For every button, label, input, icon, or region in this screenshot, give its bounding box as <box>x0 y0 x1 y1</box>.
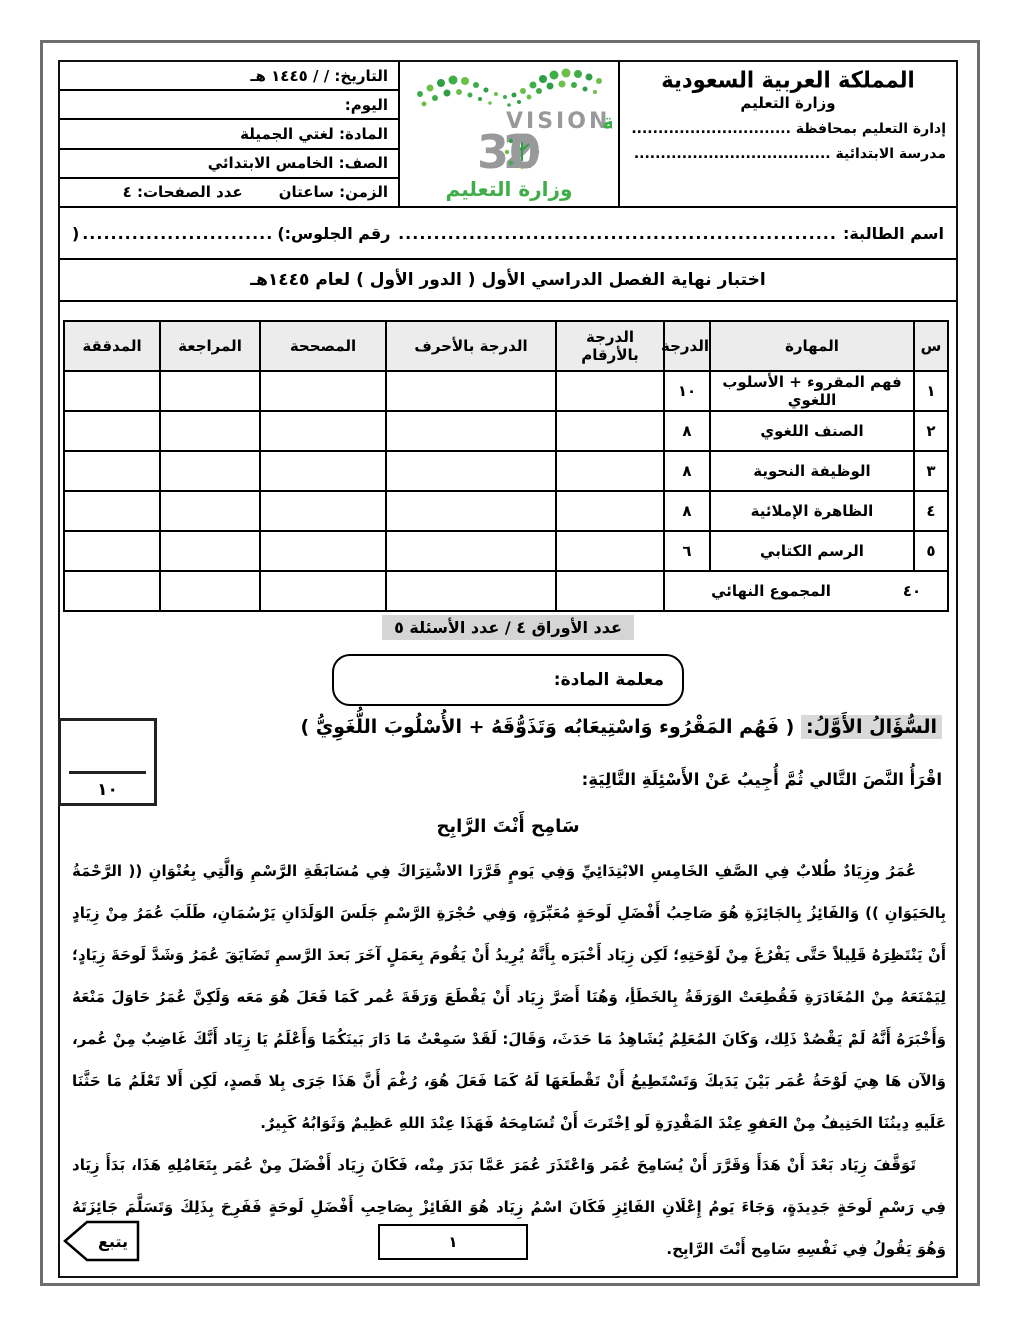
vision-ar-text: رؤيــة <box>602 110 612 135</box>
blank-cell <box>386 411 556 451</box>
total-label: المجموع النهائي <box>665 582 877 600</box>
col-corrector: المصححة <box>260 321 386 371</box>
exam-title: اختبار نهاية الفصل الدراسي الأول ( الدور… <box>60 260 956 302</box>
page-number-box: ١ <box>378 1224 528 1260</box>
row-grade: ٨ <box>664 451 710 491</box>
blank-cell <box>64 451 160 491</box>
row-skill: الظاهرة الإملائية <box>710 491 914 531</box>
vision-2030-logo: VISION رؤيــة 2 30 وزارة التعليم <box>398 62 618 206</box>
blank-cell <box>386 531 556 571</box>
blank-cell <box>160 371 260 411</box>
passage-title: سَامِح أَنْتَ الرَّابِح <box>60 816 956 837</box>
blank-cell <box>64 411 160 451</box>
col-skill: المهارة <box>710 321 914 371</box>
table-row: ٥ الرسم الكتابي ٦ <box>64 531 948 571</box>
teacher-label: معلمة المادة: <box>554 670 664 690</box>
row-grade: ٨ <box>664 491 710 531</box>
continue-marker: يتبع <box>62 1218 142 1264</box>
row-skill: الصنف اللغوي <box>710 411 914 451</box>
blank-cell <box>386 571 556 611</box>
field-date-label: التاريخ: / / ١٤٤٥ هـ <box>250 67 388 85</box>
blank-cell <box>386 451 556 491</box>
blank-cell <box>260 371 386 411</box>
row-skill: فهم المقروء + الأسلوب اللغوي <box>710 371 914 411</box>
question1-max-score: ١٠ <box>61 780 154 800</box>
col-auditor: المدققة <box>64 321 160 371</box>
blank-cell <box>64 491 160 531</box>
blank-cell <box>160 451 260 491</box>
blank-cell <box>260 571 386 611</box>
marks-table: س المهارة الدرجة الدرجة بالأرقام الدرجة … <box>63 320 949 612</box>
field-date: التاريخ: / / ١٤٤٥ هـ <box>60 62 398 91</box>
col-serial: س <box>914 321 948 371</box>
seat-close-paren: ) <box>72 224 79 243</box>
question1-subtitle: ( فَهُم المَقْرُوء وَاسْتِيعَابُه وَتَذَ… <box>301 716 795 738</box>
blank-cell <box>556 371 664 411</box>
row-serial: ١ <box>914 371 948 411</box>
logo-ministry-text: وزارة التعليم <box>446 177 573 201</box>
field-day-label: اليوم: <box>345 96 388 114</box>
header: المملكة العربية السعودية وزارة التعليم إ… <box>60 62 956 208</box>
blank-cell <box>556 571 664 611</box>
student-name-label: اسم الطالبة: <box>843 224 944 243</box>
seat-number-label: رقم الجلوس: <box>285 224 391 243</box>
kingdom-title: المملكة العربية السعودية <box>630 67 946 93</box>
blank-cell <box>556 451 664 491</box>
field-subject-label: المادة: لغتي الجميلة <box>240 125 388 143</box>
blank-cell <box>386 371 556 411</box>
row-grade: ٦ <box>664 531 710 571</box>
row-skill: الرسم الكتابي <box>710 531 914 571</box>
teacher-box: معلمة المادة: <box>332 654 684 706</box>
content-frame: المملكة العربية السعودية وزارة التعليم إ… <box>58 60 958 1278</box>
table-row: ٣ الوظيفة النحوية ٨ <box>64 451 948 491</box>
field-day: اليوم: <box>60 91 398 120</box>
field-subject: المادة: لغتي الجميلة <box>60 120 398 149</box>
admin-line: إدارة التعليم بمحافظة ..................… <box>630 121 946 137</box>
ministry-title: وزارة التعليم <box>630 94 946 112</box>
vision-2030-logo-graphic: VISION رؤيــة 2 30 وزارة التعليم <box>406 64 612 204</box>
exam-page: { "header": { "right": { "kingdom": "الم… <box>0 0 1020 1320</box>
blank-cell <box>160 531 260 571</box>
passage-paragraph-1: عُمَرُ وزِيَادٌ طُلابٌ فِي الصَّفِ الخَا… <box>72 850 946 1144</box>
question1-title: السُّؤَالُ الأَوَّلُ: <box>801 715 942 739</box>
exam-fields: التاريخ: / / ١٤٤٥ هـ اليوم: المادة: لغتي… <box>60 62 398 206</box>
blank-cell <box>64 371 160 411</box>
blank-cell <box>556 411 664 451</box>
total-value: ٤٠ <box>877 582 947 600</box>
field-time-label: الزمن: ساعتان <box>279 183 388 201</box>
row-skill: الوظيفة النحوية <box>710 451 914 491</box>
sheet-counts: عدد الأوراق ٤ / عدد الأسئلة ٥ <box>60 618 956 637</box>
total-merged-cell: ٤٠ المجموع النهائي <box>664 571 948 611</box>
student-name-dots: ........................................… <box>397 224 837 243</box>
ministry-block: المملكة العربية السعودية وزارة التعليم إ… <box>618 62 956 206</box>
table-row: ١ فهم المقروء + الأسلوب اللغوي ١٠ <box>64 371 948 411</box>
student-row: اسم الطالبة: ...........................… <box>60 208 956 260</box>
blank-cell <box>556 491 664 531</box>
field-grade-label: الصف: الخامس الابتدائي <box>208 154 388 172</box>
col-grade-numbers: الدرجة بالأرقام <box>556 321 664 371</box>
field-pages-label: عدد الصفحات: ٤ <box>123 183 243 201</box>
field-grade: الصف: الخامس الابتدائي <box>60 150 398 179</box>
total-row: ٤٠ المجموع النهائي <box>64 571 948 611</box>
question1-instruction: اقْرَأُ النَّصَ التَّالي ثُمَّ أُجِيبُ ع… <box>190 770 942 789</box>
blank-cell <box>260 451 386 491</box>
blank-cell <box>160 411 260 451</box>
blank-cell <box>260 491 386 531</box>
score-divider <box>69 771 146 774</box>
table-row: ٤ الظاهرة الإملائية ٨ <box>64 491 948 531</box>
blank-cell <box>64 571 160 611</box>
blank-cell <box>64 531 160 571</box>
row-grade: ١٠ <box>664 371 710 411</box>
table-row: ٢ الصنف اللغوي ٨ <box>64 411 948 451</box>
blank-cell <box>260 531 386 571</box>
blank-cell <box>556 531 664 571</box>
continue-label: يتبع <box>88 1218 138 1264</box>
blank-cell <box>160 491 260 531</box>
row-serial: ٥ <box>914 531 948 571</box>
col-reviewer: المراجعة <box>160 321 260 371</box>
year-30-text: 30 <box>477 125 541 179</box>
sheet-counts-text: عدد الأوراق ٤ / عدد الأسئلة ٥ <box>382 615 634 640</box>
row-serial: ٤ <box>914 491 948 531</box>
row-serial: ٢ <box>914 411 948 451</box>
col-grade: الدرجة <box>664 321 710 371</box>
school-line: مدرسة الابتدائية .......................… <box>630 146 946 162</box>
blank-cell <box>260 411 386 451</box>
row-serial: ٣ <box>914 451 948 491</box>
blank-cell <box>386 491 556 531</box>
col-grade-letters: الدرجة بالأحرف <box>386 321 556 371</box>
blank-cell <box>160 571 260 611</box>
seat-open-paren: ( <box>277 224 284 243</box>
seat-number-dots: .................................... <box>83 224 273 243</box>
marks-header-row: س المهارة الدرجة الدرجة بالأرقام الدرجة … <box>64 321 948 371</box>
field-time-pages: الزمن: ساعتان عدد الصفحات: ٤ <box>60 179 398 206</box>
row-grade: ٨ <box>664 411 710 451</box>
question1-score-box: ١٠ <box>58 718 157 806</box>
reading-passage: عُمَرُ وزِيَادٌ طُلابٌ فِي الصَّفِ الخَا… <box>72 850 946 1270</box>
question1-header: السُّؤَالُ الأَوَّلُ: ( فَهُم المَقْرُوء… <box>190 712 942 742</box>
